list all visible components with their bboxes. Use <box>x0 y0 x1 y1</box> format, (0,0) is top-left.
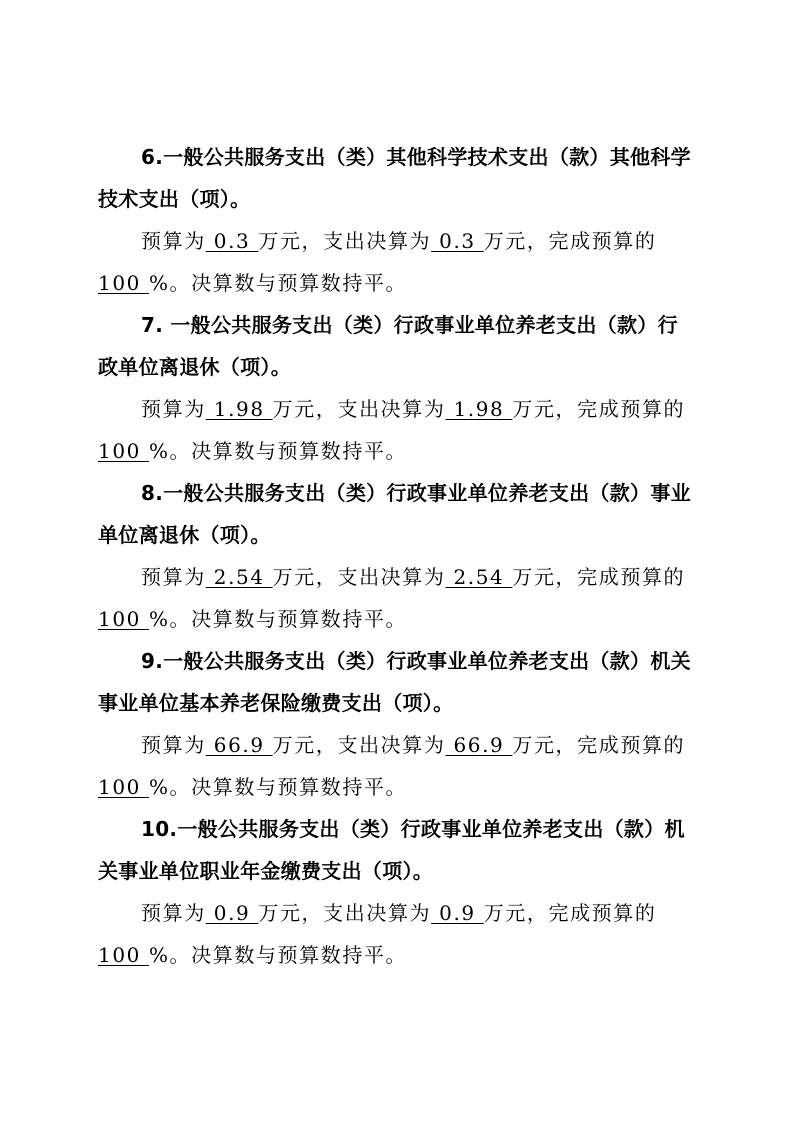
document-page: 6.一般公共服务支出（类）其他科学技术支出（款）其他科学技术支出（项）。 预算为… <box>98 136 698 976</box>
section-body: 预算为 66.9 万元，支出决算为 66.9 万元，完成预算的100 %。决算数… <box>98 724 698 808</box>
section-item-8: 8.一般公共服务支出（类）行政事业单位养老支出（款）事业单位离退休（项）。 预算… <box>98 472 698 640</box>
actual-value: 2.54 <box>445 565 512 589</box>
body-text: %。决算数与预算数持平。 <box>149 943 407 967</box>
body-text: 万元，支出决算为 <box>273 397 446 421</box>
budget-value: 2.54 <box>206 565 273 589</box>
section-item-6: 6.一般公共服务支出（类）其他科学技术支出（款）其他科学技术支出（项）。 预算为… <box>98 136 698 304</box>
actual-value: 1.98 <box>445 397 512 421</box>
body-text: %。决算数与预算数持平。 <box>149 775 407 799</box>
section-heading: 6.一般公共服务支出（类）其他科学技术支出（款）其他科学技术支出（项）。 <box>98 136 698 220</box>
body-text: 预算为 <box>141 397 206 421</box>
section-item-9: 9.一般公共服务支出（类）行政事业单位养老支出（款）机关事业单位基本养老保险缴费… <box>98 640 698 808</box>
completion-percent: 100 <box>98 271 149 295</box>
budget-value: 66.9 <box>206 733 273 757</box>
section-heading: 7. 一般公共服务支出（类）行政事业单位养老支出（款）行政单位离退休（项）。 <box>98 304 698 388</box>
body-text: %。决算数与预算数持平。 <box>149 439 407 463</box>
body-text: 万元，支出决算为 <box>273 733 446 757</box>
body-text: 预算为 <box>141 565 206 589</box>
body-text: %。决算数与预算数持平。 <box>149 271 407 295</box>
completion-percent: 100 <box>98 943 149 967</box>
body-text: 万元，完成预算的 <box>512 733 685 757</box>
actual-value: 66.9 <box>445 733 512 757</box>
section-heading: 8.一般公共服务支出（类）行政事业单位养老支出（款）事业单位离退休（项）。 <box>98 472 698 556</box>
section-item-10: 10.一般公共服务支出（类）行政事业单位养老支出（款）机关事业单位职业年金缴费支… <box>98 808 698 976</box>
body-text: 万元，完成预算的 <box>512 565 685 589</box>
body-text: 预算为 <box>141 901 206 925</box>
section-body: 预算为 0.9 万元，支出决算为 0.9 万元，完成预算的100 %。决算数与预… <box>98 892 698 976</box>
budget-value: 0.3 <box>206 229 259 253</box>
completion-percent: 100 <box>98 439 149 463</box>
completion-percent: 100 <box>98 775 149 799</box>
section-body: 预算为 0.3 万元，支出决算为 0.3 万元，完成预算的100 %。决算数与预… <box>98 220 698 304</box>
completion-percent: 100 <box>98 607 149 631</box>
budget-value: 0.9 <box>206 901 259 925</box>
body-text: 万元，支出决算为 <box>258 229 431 253</box>
body-text: 预算为 <box>141 733 206 757</box>
actual-value: 0.3 <box>431 229 484 253</box>
body-text: 万元，完成预算的 <box>484 901 657 925</box>
body-text: 万元，支出决算为 <box>273 565 446 589</box>
section-heading: 10.一般公共服务支出（类）行政事业单位养老支出（款）机关事业单位职业年金缴费支… <box>98 808 698 892</box>
body-text: 万元，完成预算的 <box>512 397 685 421</box>
section-item-7: 7. 一般公共服务支出（类）行政事业单位养老支出（款）行政单位离退休（项）。 预… <box>98 304 698 472</box>
budget-value: 1.98 <box>206 397 273 421</box>
body-text: %。决算数与预算数持平。 <box>149 607 407 631</box>
body-text: 万元，支出决算为 <box>258 901 431 925</box>
actual-value: 0.9 <box>431 901 484 925</box>
section-body: 预算为 1.98 万元，支出决算为 1.98 万元，完成预算的100 %。决算数… <box>98 388 698 472</box>
section-heading: 9.一般公共服务支出（类）行政事业单位养老支出（款）机关事业单位基本养老保险缴费… <box>98 640 698 724</box>
section-body: 预算为 2.54 万元，支出决算为 2.54 万元，完成预算的100 %。决算数… <box>98 556 698 640</box>
body-text: 万元，完成预算的 <box>484 229 657 253</box>
body-text: 预算为 <box>141 229 206 253</box>
